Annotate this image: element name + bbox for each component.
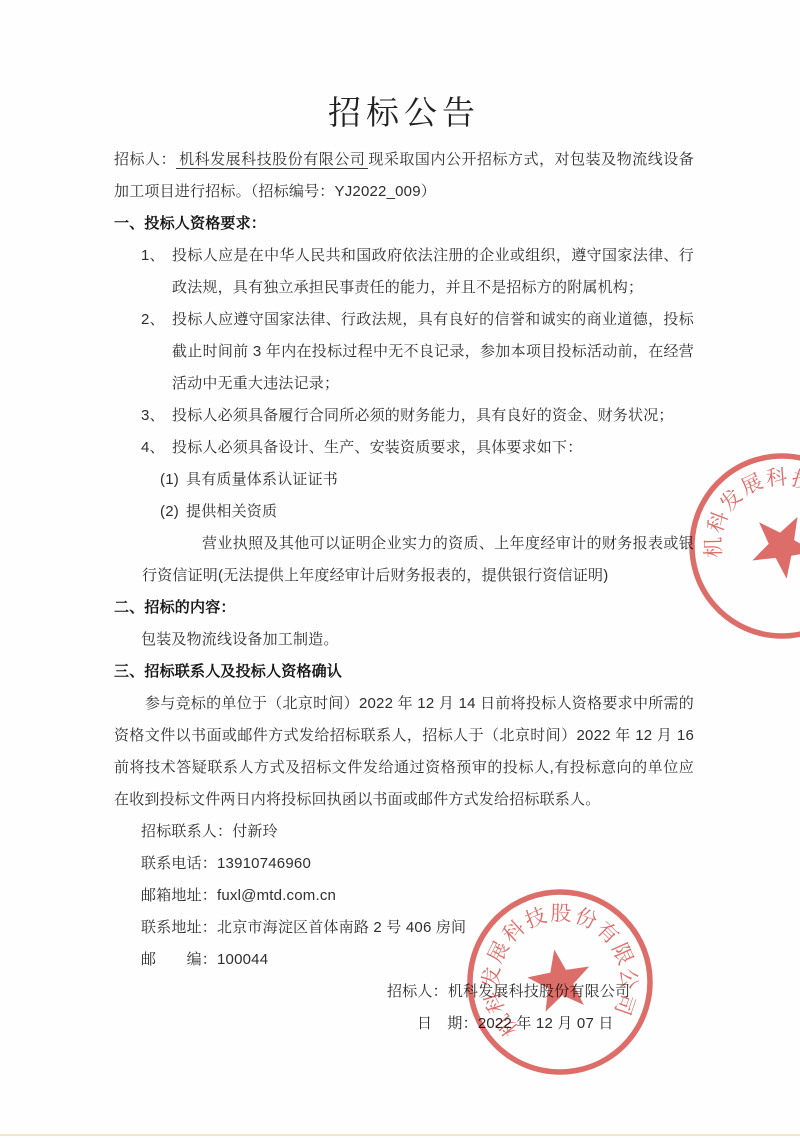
contact-phone-row: 联系电话：13910746960 — [141, 848, 694, 880]
contact-address-row: 联系地址：北京市海淀区首体南路 2 号 406 房间 — [141, 912, 694, 944]
section3-body: 参与竞标的单位于（北京时间）2022 年 12 月 14 日前将投标人资格要求中… — [114, 688, 694, 816]
list-item-text: 投标人应遵守国家法律、行政法规，具有良好的信誉和诚实的商业道德，投标截止时间前 … — [172, 311, 694, 392]
intro-paragraph: 招标人：机科发展科技股份有限公司现采取国内公开招标方式，对包装及物流线设备加工项… — [114, 144, 694, 208]
list-item-text: 投标人必须具备履行合同所必须的财务能力，具有良好的资金、财务状况； — [172, 407, 674, 424]
signature-bidder-label: 招标人： — [387, 983, 448, 1000]
section2-heading: 二、招标的内容： — [114, 592, 694, 624]
section1-heading: 一、投标人资格要求： — [114, 208, 694, 240]
list-item-number: 1、 — [141, 240, 165, 272]
svg-text:科: 科 — [765, 466, 788, 491]
contact-email-row: 邮箱地址：fuxl@mtd.com.cn — [141, 880, 694, 912]
bidder-company-underlined: 机科发展科技股份有限公司 — [176, 151, 368, 169]
list-item-text: 投标人应是在中华人民共和国政府依法注册的企业或组织，遵守国家法律、行政法规，具有… — [172, 247, 694, 296]
list-item: 1、 投标人应是在中华人民共和国政府依法注册的企业或组织，遵守国家法律、行政法规… — [114, 240, 694, 304]
sub-item-text: 提供相关资质 — [186, 503, 277, 520]
list-item-number: 3、 — [141, 400, 165, 432]
signature-bidder-value: 机科发展科技股份有限公司 — [448, 983, 630, 1000]
bidder-label: 招标人： — [114, 151, 176, 168]
contact-label: 联系电话： — [141, 855, 217, 872]
signature-date-value: 2022 年 12 月 07 日 — [478, 1015, 614, 1032]
signature-bidder-row: 招标人：机科发展科技股份有限公司 — [387, 976, 694, 1008]
svg-text:展: 展 — [738, 470, 767, 500]
qualification-note: 营业执照及其他可以证明企业实力的资质、上年度经审计的财务报表或银行资信证明(无法… — [142, 528, 694, 592]
svg-text:机: 机 — [702, 537, 725, 558]
contact-label: 联系地址： — [141, 919, 217, 936]
contact-person-row: 招标联系人：付新玲 — [141, 816, 694, 848]
document-content: 招标公告 招标人：机科发展科技股份有限公司现采取国内公开招标方式，对包装及物流线… — [114, 90, 694, 1040]
list-item: 2、 投标人应遵守国家法律、行政法规，具有良好的信誉和诚实的商业道德，投标截止时… — [114, 304, 694, 400]
contact-value: 北京市海淀区首体南路 2 号 406 房间 — [217, 919, 466, 936]
svg-text:科: 科 — [704, 508, 733, 536]
list-item-number: 4、 — [141, 432, 165, 464]
contact-label: 招标联系人： — [141, 823, 232, 840]
scan-bottom-edge — [0, 1134, 800, 1136]
list-item: 4、 投标人必须具备设计、生产、安装资质要求，具体要求如下： — [114, 432, 694, 464]
section3-heading: 三、招标联系人及投标人资格确认 — [114, 656, 694, 688]
section2-body: 包装及物流线设备加工制造。 — [141, 624, 694, 656]
contact-label: 邮箱地址： — [141, 887, 217, 904]
contact-value: 13910746960 — [217, 855, 311, 872]
contact-value: 100044 — [217, 951, 268, 968]
sub-list-item: (1) 具有质量体系认证证书 — [114, 464, 694, 496]
list-item: 3、 投标人必须具备履行合同所必须的财务能力，具有良好的资金、财务状况； — [114, 400, 694, 432]
page-title: 招标公告 — [114, 90, 694, 136]
list-item-text: 投标人必须具备设计、生产、安装资质要求，具体要求如下： — [172, 439, 582, 456]
contact-value: 付新玲 — [232, 823, 278, 840]
svg-text:发: 发 — [716, 485, 747, 516]
scanned-document-page: 招标公告 招标人：机科发展科技股份有限公司现采取国内公开招标方式，对包装及物流线… — [0, 0, 800, 1138]
contact-label: 邮 编： — [141, 951, 217, 968]
signature-date-label: 日 期： — [417, 1015, 478, 1032]
svg-text:技: 技 — [789, 467, 800, 495]
sub-item-number: (2) — [160, 496, 179, 528]
contact-value: fuxl@mtd.com.cn — [217, 887, 336, 904]
contact-zipcode-row: 邮 编：100044 — [141, 944, 694, 976]
sub-item-number: (1) — [160, 464, 179, 496]
signature-date-row: 日 期：2022 年 12 月 07 日 — [417, 1008, 694, 1040]
list-item-number: 2、 — [141, 304, 165, 336]
sub-item-text: 具有质量体系认证证书 — [186, 471, 338, 488]
sub-list-item: (2) 提供相关资质 — [114, 496, 694, 528]
